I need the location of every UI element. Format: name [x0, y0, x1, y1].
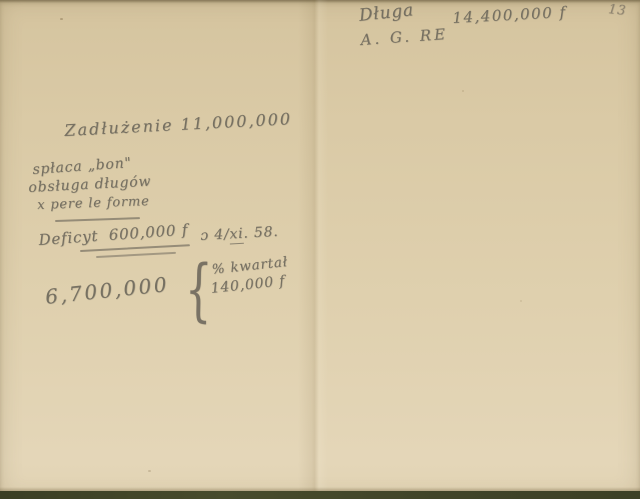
paper-speck: [60, 18, 63, 20]
paper-speck: [520, 300, 522, 302]
scanned-notebook-page: Długa 14,400,000 f A. G. RE 13 Zadłużeni…: [0, 0, 640, 499]
header-subtitle: A. G. RE: [360, 25, 449, 49]
debt-line: Zadłużenie 11,000,000: [64, 109, 293, 140]
deficit-label: Deficyt: [38, 227, 99, 249]
scan-bottom-edge: [0, 491, 640, 499]
pencil-stroke: [55, 217, 140, 222]
page-number: 13: [607, 2, 627, 19]
page-fold-crease: [298, 0, 328, 499]
pencil-stroke: [96, 252, 176, 258]
date-prefix: ɔ 4/: [200, 226, 230, 244]
date-suffix: . 58.: [243, 224, 279, 242]
total-amount: 6,700,000: [44, 272, 170, 309]
brace-icon: {: [184, 250, 213, 330]
deficit-amount: 600,000 f: [108, 221, 189, 245]
note-line: x pere le forme: [37, 194, 150, 213]
paper-speck: [148, 470, 151, 472]
header-amount: 14,400,000 f: [452, 3, 567, 27]
paper-speck: [462, 90, 464, 92]
header-title: Długa: [358, 0, 415, 26]
date-month: xi: [229, 226, 244, 245]
pencil-stroke: [80, 244, 190, 252]
date-annotation: ɔ 4/xi. 58.: [200, 224, 279, 244]
